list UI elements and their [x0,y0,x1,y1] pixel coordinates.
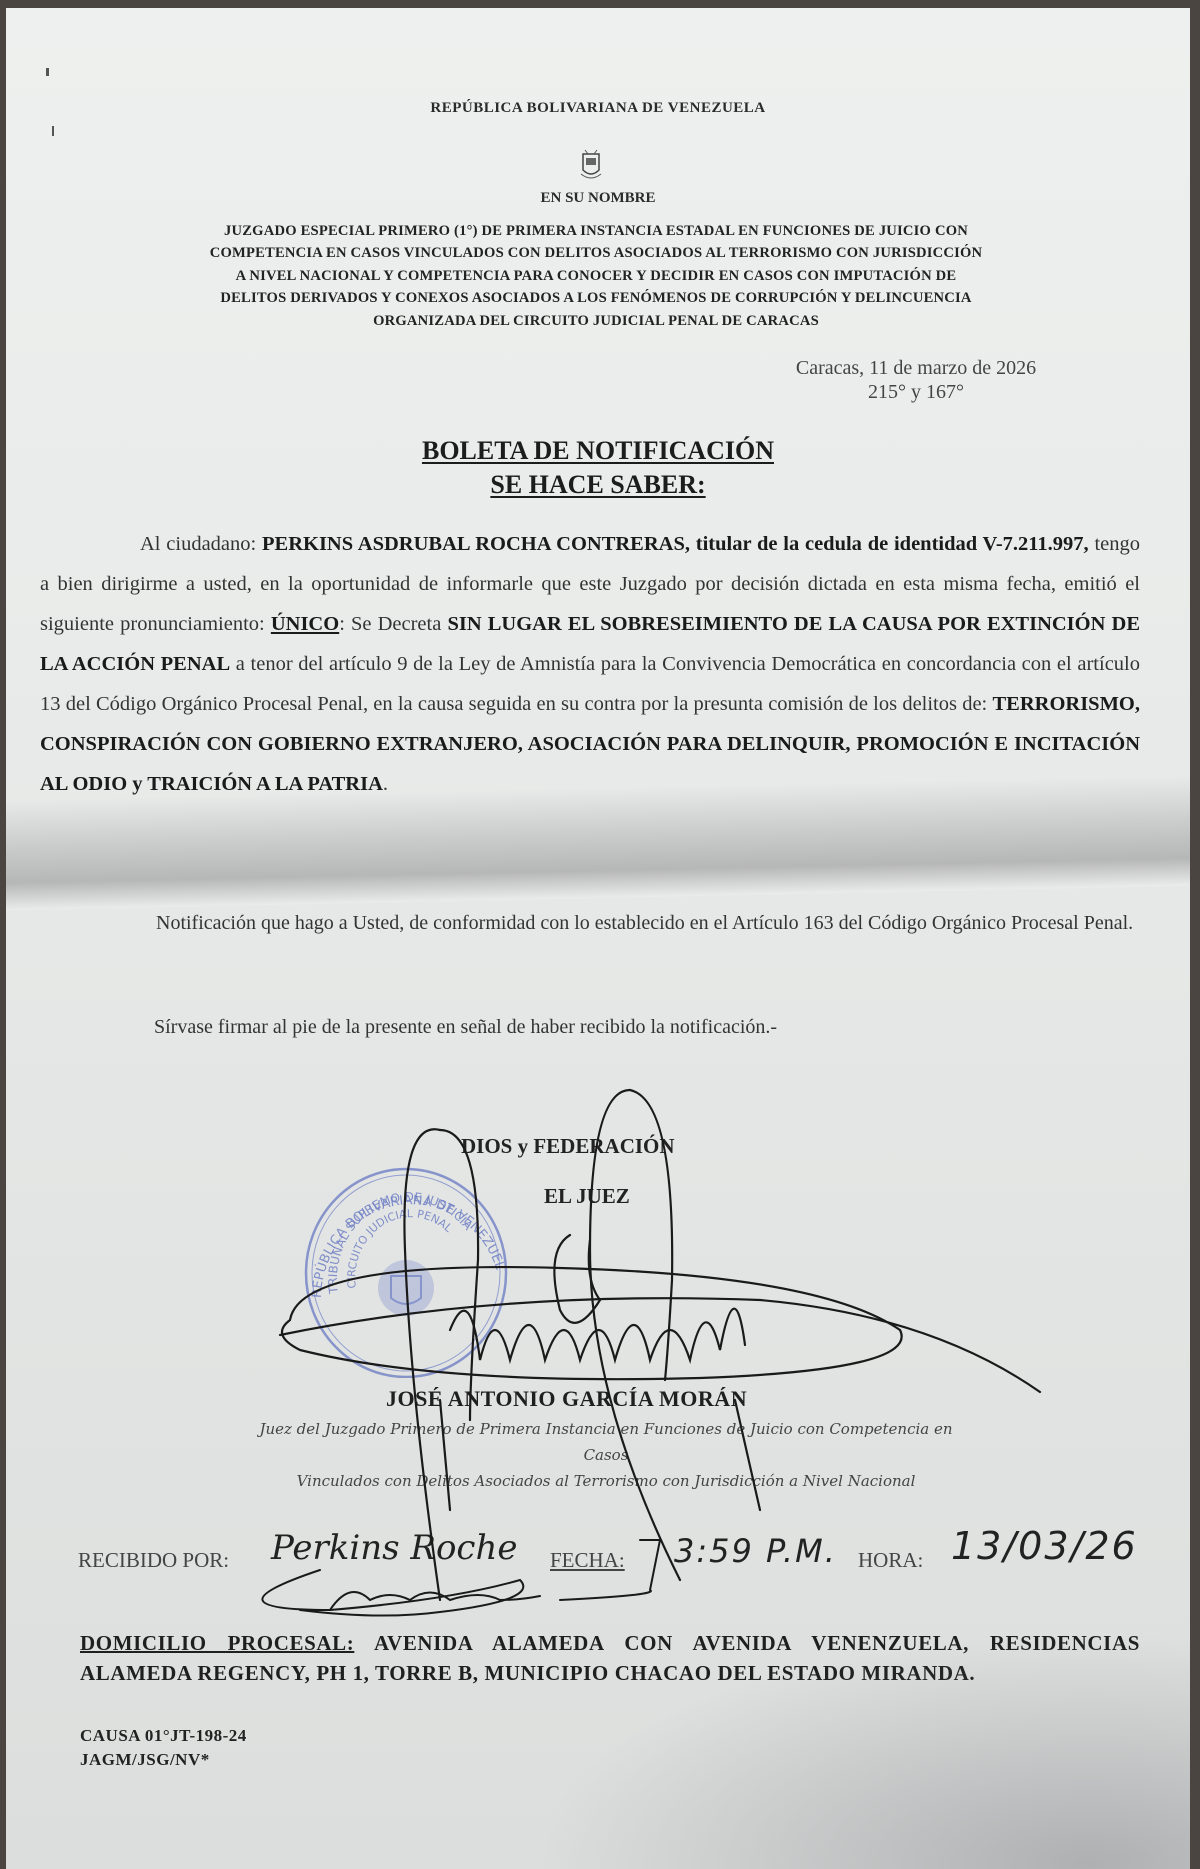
recipient-name-id: PERKINS ASDRUBAL ROCHA CONTRERAS, titula… [262,533,1089,555]
domicilio-procesal: DOMICILIO PROCESAL: AVENIDA ALAMEDA CON … [80,1628,1140,1688]
date-block: Caracas, 11 de marzo de 2026 215° y 167° [696,356,1136,404]
years-line: 215° y 167° [696,380,1136,404]
venezuela-coat-of-arms-icon [571,146,611,186]
title-line-1: BOLETA DE NOTIFICACIÓN [422,436,774,465]
judge-name: JOSÉ ANTONIO GARCÍA MORÁN [386,1386,747,1412]
sign-request-text: Sírvase firmar al pie de la presente en … [154,1016,777,1039]
fecha-label: FECHA: [550,1548,625,1573]
hora-value: 13/03/26 [951,1524,1138,1568]
title-line-2: SE HACE SABER: [490,470,705,499]
date-line: Caracas, 11 de marzo de 2026 [696,356,1136,380]
notification-paragraph: Al ciudadano: PERKINS ASDRUBAL ROCHA CON… [40,524,1140,804]
notification-article-paragraph: Notificación que hago a Usted, de confor… [56,912,1136,935]
document-paper: REPÚBLICA BOLIVARIANA DE VENEZUELA EN SU… [6,8,1190,1869]
domicilio-label: DOMICILIO PROCESAL: [80,1631,354,1655]
document-title: BOLETA DE NOTIFICACIÓN SE HACE SABER: [6,434,1190,502]
unico-label: ÚNICO [271,613,339,635]
hora-label: HORA: [858,1548,923,1573]
court-stamp-icon: REPÚBLICA BOLIVARIANA DE VENEZUELA TRIBU… [296,1148,516,1378]
received-by-label: RECIBIDO POR: [78,1548,229,1573]
judge-role: EL JUEZ [544,1184,630,1209]
header-en-su-nombre: EN SU NOMBRE [6,190,1190,207]
case-reference: CAUSA 01°JT-198-24 JAGM/JSG/NV* [80,1724,247,1772]
paper-mark [46,68,49,76]
case-number: CAUSA 01°JT-198-24 [80,1724,247,1748]
court-name: JUZGADO ESPECIAL PRIMERO (1°) DE PRIMERA… [76,220,1116,332]
judge-title: Juez del Juzgado Primero de Primera Inst… [256,1416,956,1494]
fecha-value: 3:59 P.M. [674,1532,837,1570]
paper-mark [52,126,54,136]
header-republica: REPÚBLICA BOLIVARIANA DE VENEZUELA [6,100,1190,117]
received-by-value: Perkins Roche [271,1528,517,1568]
initials: JAGM/JSG/NV* [80,1748,247,1772]
motto: DIOS y FEDERACIÓN [461,1134,675,1159]
